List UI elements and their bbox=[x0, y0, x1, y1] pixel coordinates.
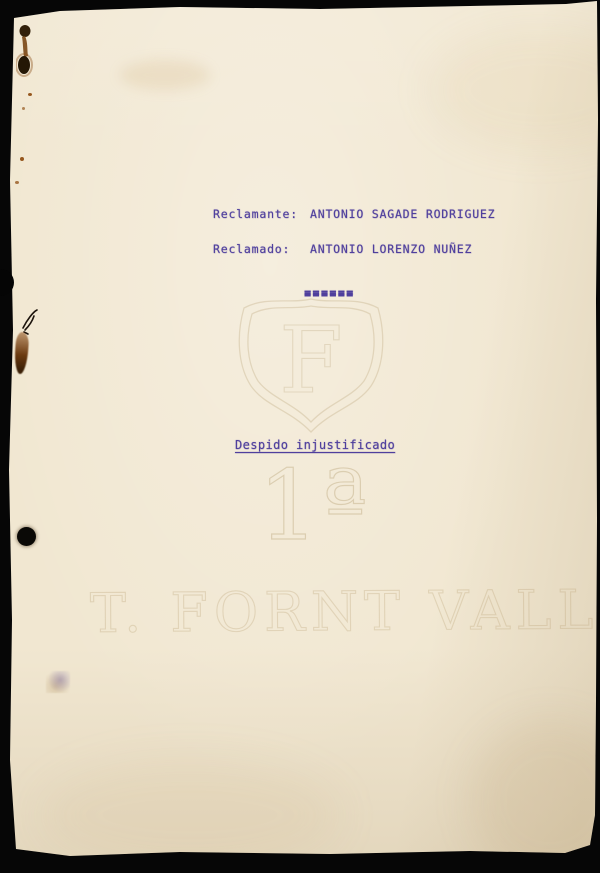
respondent-line: Reclamado: ANTONIO LORENZO NUÑEZ bbox=[213, 242, 472, 256]
shield-monogram-letter: F bbox=[279, 307, 343, 414]
paper-tone-patch bbox=[430, 30, 600, 150]
paper-tone-patch bbox=[40, 760, 340, 870]
typed-separator: ====== bbox=[304, 286, 355, 300]
respondent-name: ANTONIO LORENZO NUÑEZ bbox=[310, 242, 472, 256]
scanned-document-page: F 1ª T. FORNT VALLS Reclamante: ANTONIO … bbox=[0, 0, 600, 873]
papermaker-watermark: T. FORNT VALLS bbox=[90, 578, 600, 645]
claimant-label: Reclamante: bbox=[213, 207, 310, 221]
claimant-line: Reclamante: ANTONIO SAGADE RODRIGUEZ bbox=[213, 207, 495, 221]
shield-monogram-watermark: F bbox=[228, 290, 394, 444]
paper-sheet: F 1ª T. FORNT VALLS Reclamante: ANTONIO … bbox=[0, 0, 600, 873]
page-number-watermark: 1ª bbox=[258, 458, 369, 554]
paper-tone-patch bbox=[120, 60, 210, 90]
claimant-name: ANTONIO SAGADE RODRIGUEZ bbox=[310, 207, 495, 221]
paper-tone-patch bbox=[470, 720, 600, 873]
respondent-label: Reclamado: bbox=[213, 242, 310, 256]
case-subject-heading: Despido injustificado bbox=[235, 438, 395, 452]
